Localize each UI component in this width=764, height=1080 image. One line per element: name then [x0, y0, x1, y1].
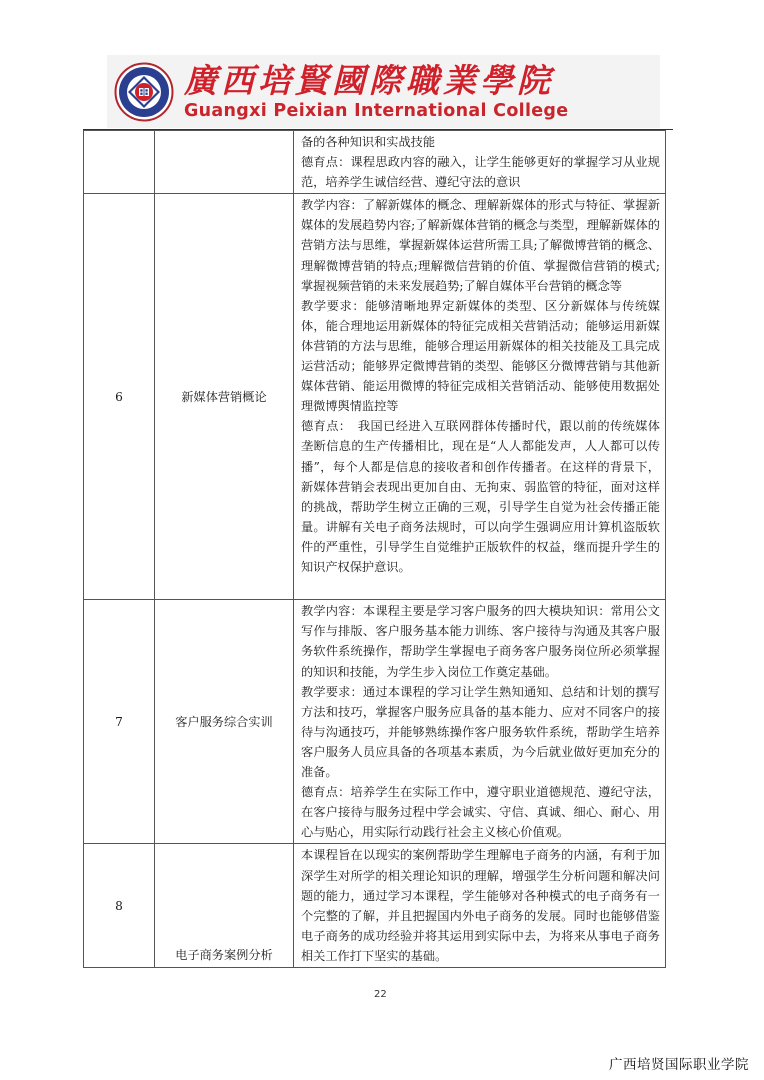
course-description-cell: 教学内容：本课程主要是学习客户服务的四大模块知识：常用公文写作与排版、客户服务基…: [294, 600, 666, 844]
course-number-cell: 7: [84, 600, 155, 844]
course-description-cell: 本课程旨在以现实的案例帮助学生理解电子商务的内涵，有利于加深学生对所学的相关理论…: [294, 844, 666, 968]
description-paragraph: 备的各种知识和实战技能: [301, 132, 660, 152]
course-name-cell: [155, 131, 294, 194]
course-table: 备的各种知识和实战技能 德育点：课程思政内容的融入，让学生能够更好的掌握学习从业…: [83, 130, 666, 968]
description-paragraph: 德育点：培养学生在实际工作中，遵守职业道德规范、遵纪守法，在客户接待与服务过程中…: [301, 782, 660, 842]
course-name-cell: 电子商务案例分析: [155, 844, 294, 968]
table-row: 6 新媒体营销概论 教学内容：了解新媒体的概念、理解新媒体的形式与特征、掌握新媒…: [84, 194, 666, 600]
course-number-cell: [84, 131, 155, 194]
course-name-cell: 新媒体营销概论: [155, 194, 294, 600]
description-paragraph: 教学要求：通过本课程的学习让学生熟知通知、总结和计划的撰写方法和技巧，掌握客户服…: [301, 682, 660, 782]
course-name-cell: 客户服务综合实训: [155, 600, 294, 844]
description-paragraph: 本课程旨在以现实的案例帮助学生理解电子商务的内涵，有利于加深学生对所学的相关理论…: [301, 845, 660, 966]
college-name-english: Guangxi Peixian International College: [184, 100, 568, 122]
course-description-cell: 备的各种知识和实战技能 德育点：课程思政内容的融入，让学生能够更好的掌握学习从业…: [294, 131, 666, 194]
course-number-cell: 6: [84, 194, 155, 600]
course-description-cell: 教学内容：了解新媒体的概念、理解新媒体的形式与特征、掌握新媒体的发展趋势内容;了…: [294, 194, 666, 600]
table-row: 备的各种知识和实战技能 德育点：课程思政内容的融入，让学生能够更好的掌握学习从业…: [84, 131, 666, 194]
description-paragraph: 教学内容：了解新媒体的概念、理解新媒体的形式与特征、掌握新媒体的发展趋势内容;了…: [301, 195, 660, 295]
table-row: 8 电子商务案例分析 本课程旨在以现实的案例帮助学生理解电子商务的内涵，有利于加…: [84, 844, 666, 968]
page-number: 22: [374, 989, 387, 1000]
course-number-cell: 8: [84, 844, 155, 968]
college-name-chinese: 廣西培賢國際職業學院: [184, 62, 568, 100]
footer-college-name: 广西培贤国际职业学院: [609, 1053, 749, 1073]
college-header-banner: 廣西培賢國際職業學院 Guangxi Peixian International…: [107, 55, 660, 128]
description-paragraph: 德育点： 我国已经进入互联网群体传播时代，跟以前的传统媒体垄断信息的生产传播相比…: [301, 416, 660, 577]
table-row: 7 客户服务综合实训 教学内容：本课程主要是学习客户服务的四大模块知识：常用公文…: [84, 600, 666, 844]
description-paragraph: 教学要求：能够清晰地界定新媒体的类型、区分新媒体与传统媒体，能合理地运用新媒体的…: [301, 296, 660, 417]
description-paragraph: 教学内容：本课程主要是学习客户服务的四大模块知识：常用公文写作与排版、客户服务基…: [301, 601, 660, 681]
description-paragraph: 德育点：课程思政内容的融入，让学生能够更好的掌握学习从业规范，培养学生诚信经营、…: [301, 152, 660, 192]
college-emblem-icon: [114, 62, 174, 122]
